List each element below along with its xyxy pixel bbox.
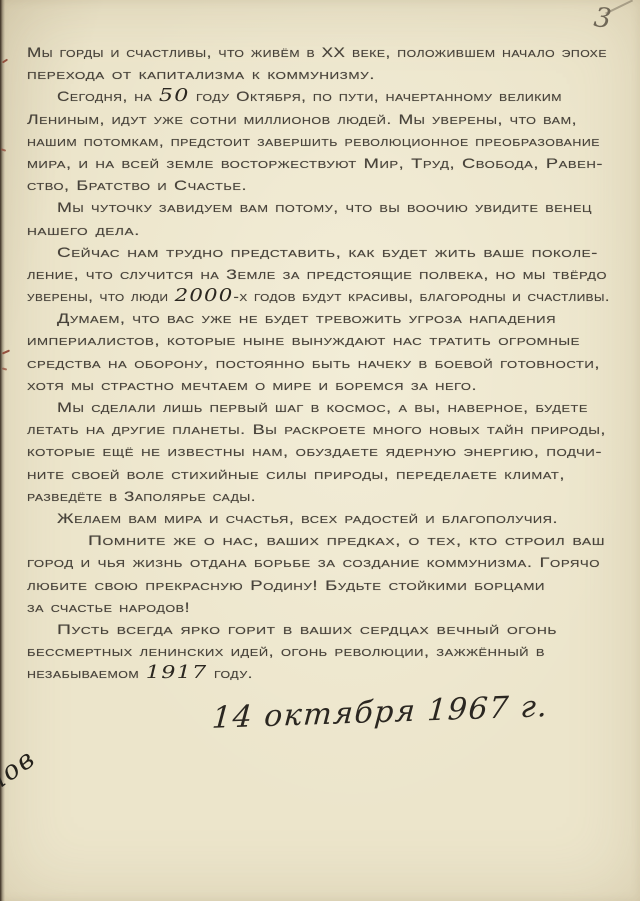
typed-text: году. [207,665,253,681]
typed-text: Сегодня, на [57,88,159,104]
letter-line: Мы горды и счастливы, что живём в XX век… [27,41,613,63]
letter-line-text: нашего дела. [27,219,140,241]
letter-line: Мы чуточку завидуем вам потому, что вы в… [27,196,613,218]
typed-text: Думаем, что вас уже не будет тревожить у… [57,310,556,326]
handwritten-insert: 2000 [175,285,234,306]
letter-line-text: ните своей воле стихийные силы природы, … [27,463,565,485]
typed-text: году Октября, по пути, начертанному вели… [190,88,562,104]
letter-line: любите свою прекрасную Родину! Будьте ст… [27,574,613,596]
typed-text: ните своей воле стихийные силы природы, … [27,466,565,482]
letter-body: Мы горды и счастливы, что живём в XX век… [27,41,613,684]
typed-text: Желаем вам мира и счастья, всех радостей… [57,510,558,526]
handwritten-insert: 1917 [146,662,208,683]
signature: нов [0,743,42,799]
letter-line-text: Думаем, что вас уже не будет тревожить у… [57,307,556,329]
letter-line-text: перехода от капитализма к коммунизму. [27,63,375,85]
typed-text: которые ещё не известны нам, обуздаете я… [27,443,602,459]
letter-line: уверены, что люди 2000-х годов будут кра… [27,285,613,307]
letter-line: Помните же о нас, ваших предках, о тех, … [27,529,613,551]
letter-line-text: уверены, что люди 2000-х годов будут кра… [27,285,610,307]
typed-text: нашим потомкам, предстоит завершить рево… [27,133,600,149]
typed-text: -х годов будут красивы, благородны и сча… [233,288,610,304]
typed-text: Пусть всегда ярко горит в ваших сердцах … [57,621,557,637]
letter-line-text: империалистов, которые ныне вынуждают на… [27,329,580,351]
letter-line: бессмертных ленинских идей, огонь револю… [27,640,613,662]
letter-line-text: Сегодня, на 50 году Октября, по пути, на… [57,85,562,107]
letter-line: Лениным, идут уже сотни миллионов людей.… [27,108,613,130]
letter-line: за счастье народов! [27,596,613,618]
scanned-letter-page: 3 Мы горды и счастливы, что живём в XX в… [0,0,640,901]
letter-line: ните своей воле стихийные силы природы, … [27,463,613,485]
letter-line-text: любите свою прекрасную Родину! Будьте ст… [27,574,545,596]
letter-line: средства на оборону, постоянно быть наче… [27,352,613,374]
letter-line: город и чья жизнь отдана борьбе за созда… [27,551,613,573]
letter-line-text: Мы сделали лишь первый шаг в космос, а в… [57,396,588,418]
typed-text: Мы чуточку завидуем вам потому, что вы в… [57,199,592,215]
letter-line-text: Желаем вам мира и счастья, всех радостей… [57,507,558,529]
letter-line: ление, что случится на Земле за предстоя… [27,263,613,285]
typed-text: империалистов, которые ныне вынуждают на… [27,332,580,348]
typed-text: город и чья жизнь отдана борьбе за созда… [27,554,600,570]
letter-line: Сегодня, на 50 году Октября, по пути, на… [27,85,613,107]
typed-text: Помните же о нас, ваших предках, о тех, … [88,532,605,548]
letter-line-text: за счастье народов! [27,596,190,618]
letter-line: ство, Братство и Счастье. [27,174,613,196]
letter-line: летать на другие планеты. Вы раскроете м… [27,418,613,440]
letter-line: разведёте в Заполярье сады. [27,485,613,507]
letter-line: нашего дела. [27,219,613,241]
typed-text: перехода от капитализма к коммунизму. [27,66,375,82]
typed-text: Мы горды и счастливы, что живём в XX век… [27,44,607,60]
letter-line-text: мира, и на всей земле восторжествуют Мир… [27,152,603,174]
typed-text: бессмертных ленинских идей, огонь револю… [27,643,545,659]
letter-line-text: незабываемом 1917 году. [27,662,253,684]
handwritten-date: 14 октября 1967 г. [211,689,550,736]
typed-text: мира, и на всей земле восторжествуют Мир… [27,155,603,171]
letter-line: нашим потомкам, предстоит завершить рево… [27,130,613,152]
typed-text: летать на другие планеты. Вы раскроете м… [27,421,606,437]
letter-line-text: разведёте в Заполярье сады. [27,485,256,507]
letter-line: Сейчас нам трудно представить, как будет… [27,241,613,263]
letter-line-text: летать на другие планеты. Вы раскроете м… [27,418,606,440]
typed-text: любите свою прекрасную Родину! Будьте ст… [27,577,545,593]
letter-line-text: Мы чуточку завидуем вам потому, что вы в… [57,196,592,218]
letter-line: Пусть всегда ярко горит в ваших сердцах … [27,618,613,640]
typed-text: Сейчас нам трудно представить, как будет… [57,244,598,260]
typed-text: ство, Братство и Счастье. [27,177,247,193]
typed-text: ление, что случится на Земле за предстоя… [27,266,607,282]
typed-text: Мы сделали лишь первый шаг в космос, а в… [57,399,588,415]
letter-line-text: ство, Братство и Счастье. [27,174,247,196]
letter-line: хотя мы страстно мечтаем о мире и боремс… [27,374,613,396]
letter-line-text: нашим потомкам, предстоит завершить рево… [27,130,600,152]
typed-text: незабываемом [27,665,146,681]
letter-line: которые ещё не известны нам, обуздаете я… [27,440,613,462]
typed-text: Лениным, идут уже сотни миллионов людей.… [27,111,577,127]
letter-line-text: Помните же о нас, ваших предках, о тех, … [88,529,605,551]
letter-line-text: хотя мы страстно мечтаем о мире и боремс… [27,374,477,396]
typed-text: уверены, что люди [27,288,175,304]
letter-line-text: которые ещё не известны нам, обуздаете я… [27,440,602,462]
typed-text: за счастье народов! [27,599,190,615]
letter-line: империалистов, которые ныне вынуждают на… [27,329,613,351]
letter-line-text: Сейчас нам трудно представить, как будет… [57,241,598,263]
typed-text: средства на оборону, постоянно быть наче… [27,355,600,371]
letter-line-text: ление, что случится на Земле за предстоя… [27,263,607,285]
page-number: 3 [592,2,613,35]
letter-line-text: Лениным, идут уже сотни миллионов людей.… [27,108,577,130]
typed-text: хотя мы страстно мечтаем о мире и боремс… [27,377,477,393]
handwritten-insert: 50 [159,85,190,106]
letter-line-text: Мы горды и счастливы, что живём в XX век… [27,41,607,63]
letter-line: перехода от капитализма к коммунизму. [27,63,613,85]
letter-line-text: средства на оборону, постоянно быть наче… [27,352,600,374]
typed-text: разведёте в Заполярье сады. [27,488,256,504]
letter-line: Желаем вам мира и счастья, всех радостей… [27,507,613,529]
typed-text: нашего дела. [27,222,140,238]
letter-line-text: город и чья жизнь отдана борьбе за созда… [27,551,600,573]
letter-line: Думаем, что вас уже не будет тревожить у… [27,307,613,329]
letter-line: мира, и на всей земле восторжествуют Мир… [27,152,613,174]
letter-line: незабываемом 1917 году. [27,662,613,684]
letter-line: Мы сделали лишь первый шаг в космос, а в… [27,396,613,418]
letter-line-text: бессмертных ленинских идей, огонь револю… [27,640,545,662]
letter-line-text: Пусть всегда ярко горит в ваших сердцах … [57,618,557,640]
